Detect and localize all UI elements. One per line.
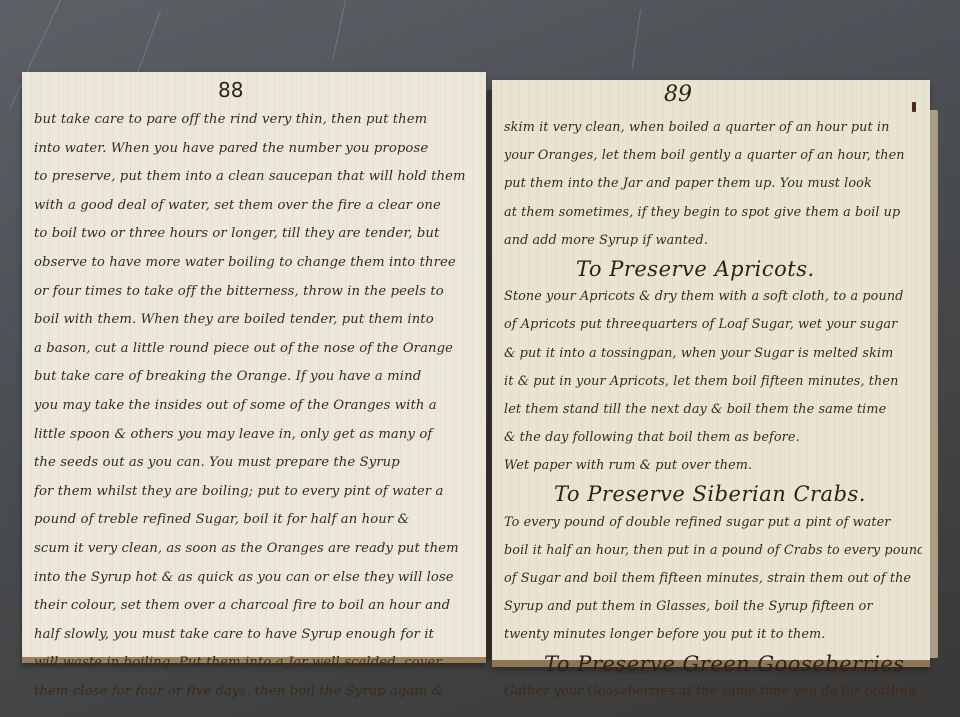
- text-line: your Oranges, let them boil gently a qua…: [504, 142, 922, 170]
- page-number: 88: [218, 78, 243, 102]
- left-page-text: but take care to pare off the rind very …: [34, 106, 478, 706]
- page-number: 89: [664, 82, 692, 107]
- text-line: boil with them. When they are boiled ten…: [34, 306, 478, 335]
- text-line: you may take the insides out of some of …: [34, 392, 478, 421]
- text-line: for them whilst they are boiling; put to…: [34, 478, 478, 507]
- text-line: or four times to take off the bitterness…: [34, 278, 478, 307]
- ink-blot: [912, 102, 916, 112]
- left-page: 88 but take care to pare off the rind ve…: [22, 72, 486, 663]
- text-line: & the day following that boil them as be…: [504, 424, 922, 452]
- text-line: little spoon & others you may leave in, …: [34, 421, 478, 450]
- text-line: but take care to pare off the rind very …: [34, 106, 478, 135]
- text-line: let them stand till the next day & boil …: [504, 396, 922, 424]
- text-line: skim it very clean, when boiled a quarte…: [504, 114, 922, 142]
- recipe-heading-apricots: To Preserve Apricots.: [504, 255, 922, 283]
- right-page: 89 skim it very clean, when boiled a qua…: [492, 80, 930, 667]
- text-line: Syrup and put them in Glasses, boil the …: [504, 593, 922, 621]
- text-line: pound of treble refined Sugar, boil it f…: [34, 506, 478, 535]
- text-line: Stone your Apricots & dry them with a so…: [504, 283, 922, 311]
- text-line: it & put in your Apricots, let them boil…: [504, 368, 922, 396]
- text-line: To every pound of double refined sugar p…: [504, 509, 922, 537]
- text-line: twenty minutes longer before you put it …: [504, 621, 922, 649]
- text-line: with a good deal of water, set them over…: [34, 192, 478, 221]
- open-recipe-book: 88 but take care to pare off the rind ve…: [0, 0, 960, 717]
- text-line: of Apricots put threequarters of Loaf Su…: [504, 311, 922, 339]
- text-line: to boil two or three hours or longer, ti…: [34, 220, 478, 249]
- text-line: will waste in boiling. Put them into a J…: [34, 649, 478, 678]
- right-page-text: skim it very clean, when boiled a quarte…: [504, 114, 922, 706]
- text-line: at them sometimes, if they begin to spot…: [504, 199, 922, 227]
- text-line: put them into the Jar and paper them up.…: [504, 170, 922, 198]
- text-line: the seeds out as you can. You must prepa…: [34, 449, 478, 478]
- text-line: & put it into a tossingpan, when your Su…: [504, 340, 922, 368]
- text-line: their colour, set them over a charcoal f…: [34, 592, 478, 621]
- recipe-heading-green-gooseberries: To Preserve Green Gooseberries: [504, 650, 922, 678]
- recipe-heading-siberian-crabs: To Preserve Siberian Crabs.: [504, 480, 922, 508]
- text-line: Gather your Gooseberries at the same tim…: [504, 678, 922, 706]
- text-line: half slowly, you must take care to have …: [34, 621, 478, 650]
- text-line: into the Syrup hot & as quick as you can…: [34, 564, 478, 593]
- text-line: into water. When you have pared the numb…: [34, 135, 478, 164]
- text-line: Wet paper with rum & put over them.: [504, 452, 922, 480]
- text-line: to preserve, put them into a clean sauce…: [34, 163, 478, 192]
- text-line: boil it half an hour, then put in a poun…: [504, 537, 922, 565]
- text-line: but take care of breaking the Orange. If…: [34, 363, 478, 392]
- text-line: of Sugar and boil them fifteen minutes, …: [504, 565, 922, 593]
- text-line: a bason, cut a little round piece out of…: [34, 335, 478, 364]
- text-line: scum it very clean, as soon as the Orang…: [34, 535, 478, 564]
- text-line: observe to have more water boiling to ch…: [34, 249, 478, 278]
- text-line: them close for four or five days, then b…: [34, 678, 478, 707]
- text-line: and add more Syrup if wanted.: [504, 227, 922, 255]
